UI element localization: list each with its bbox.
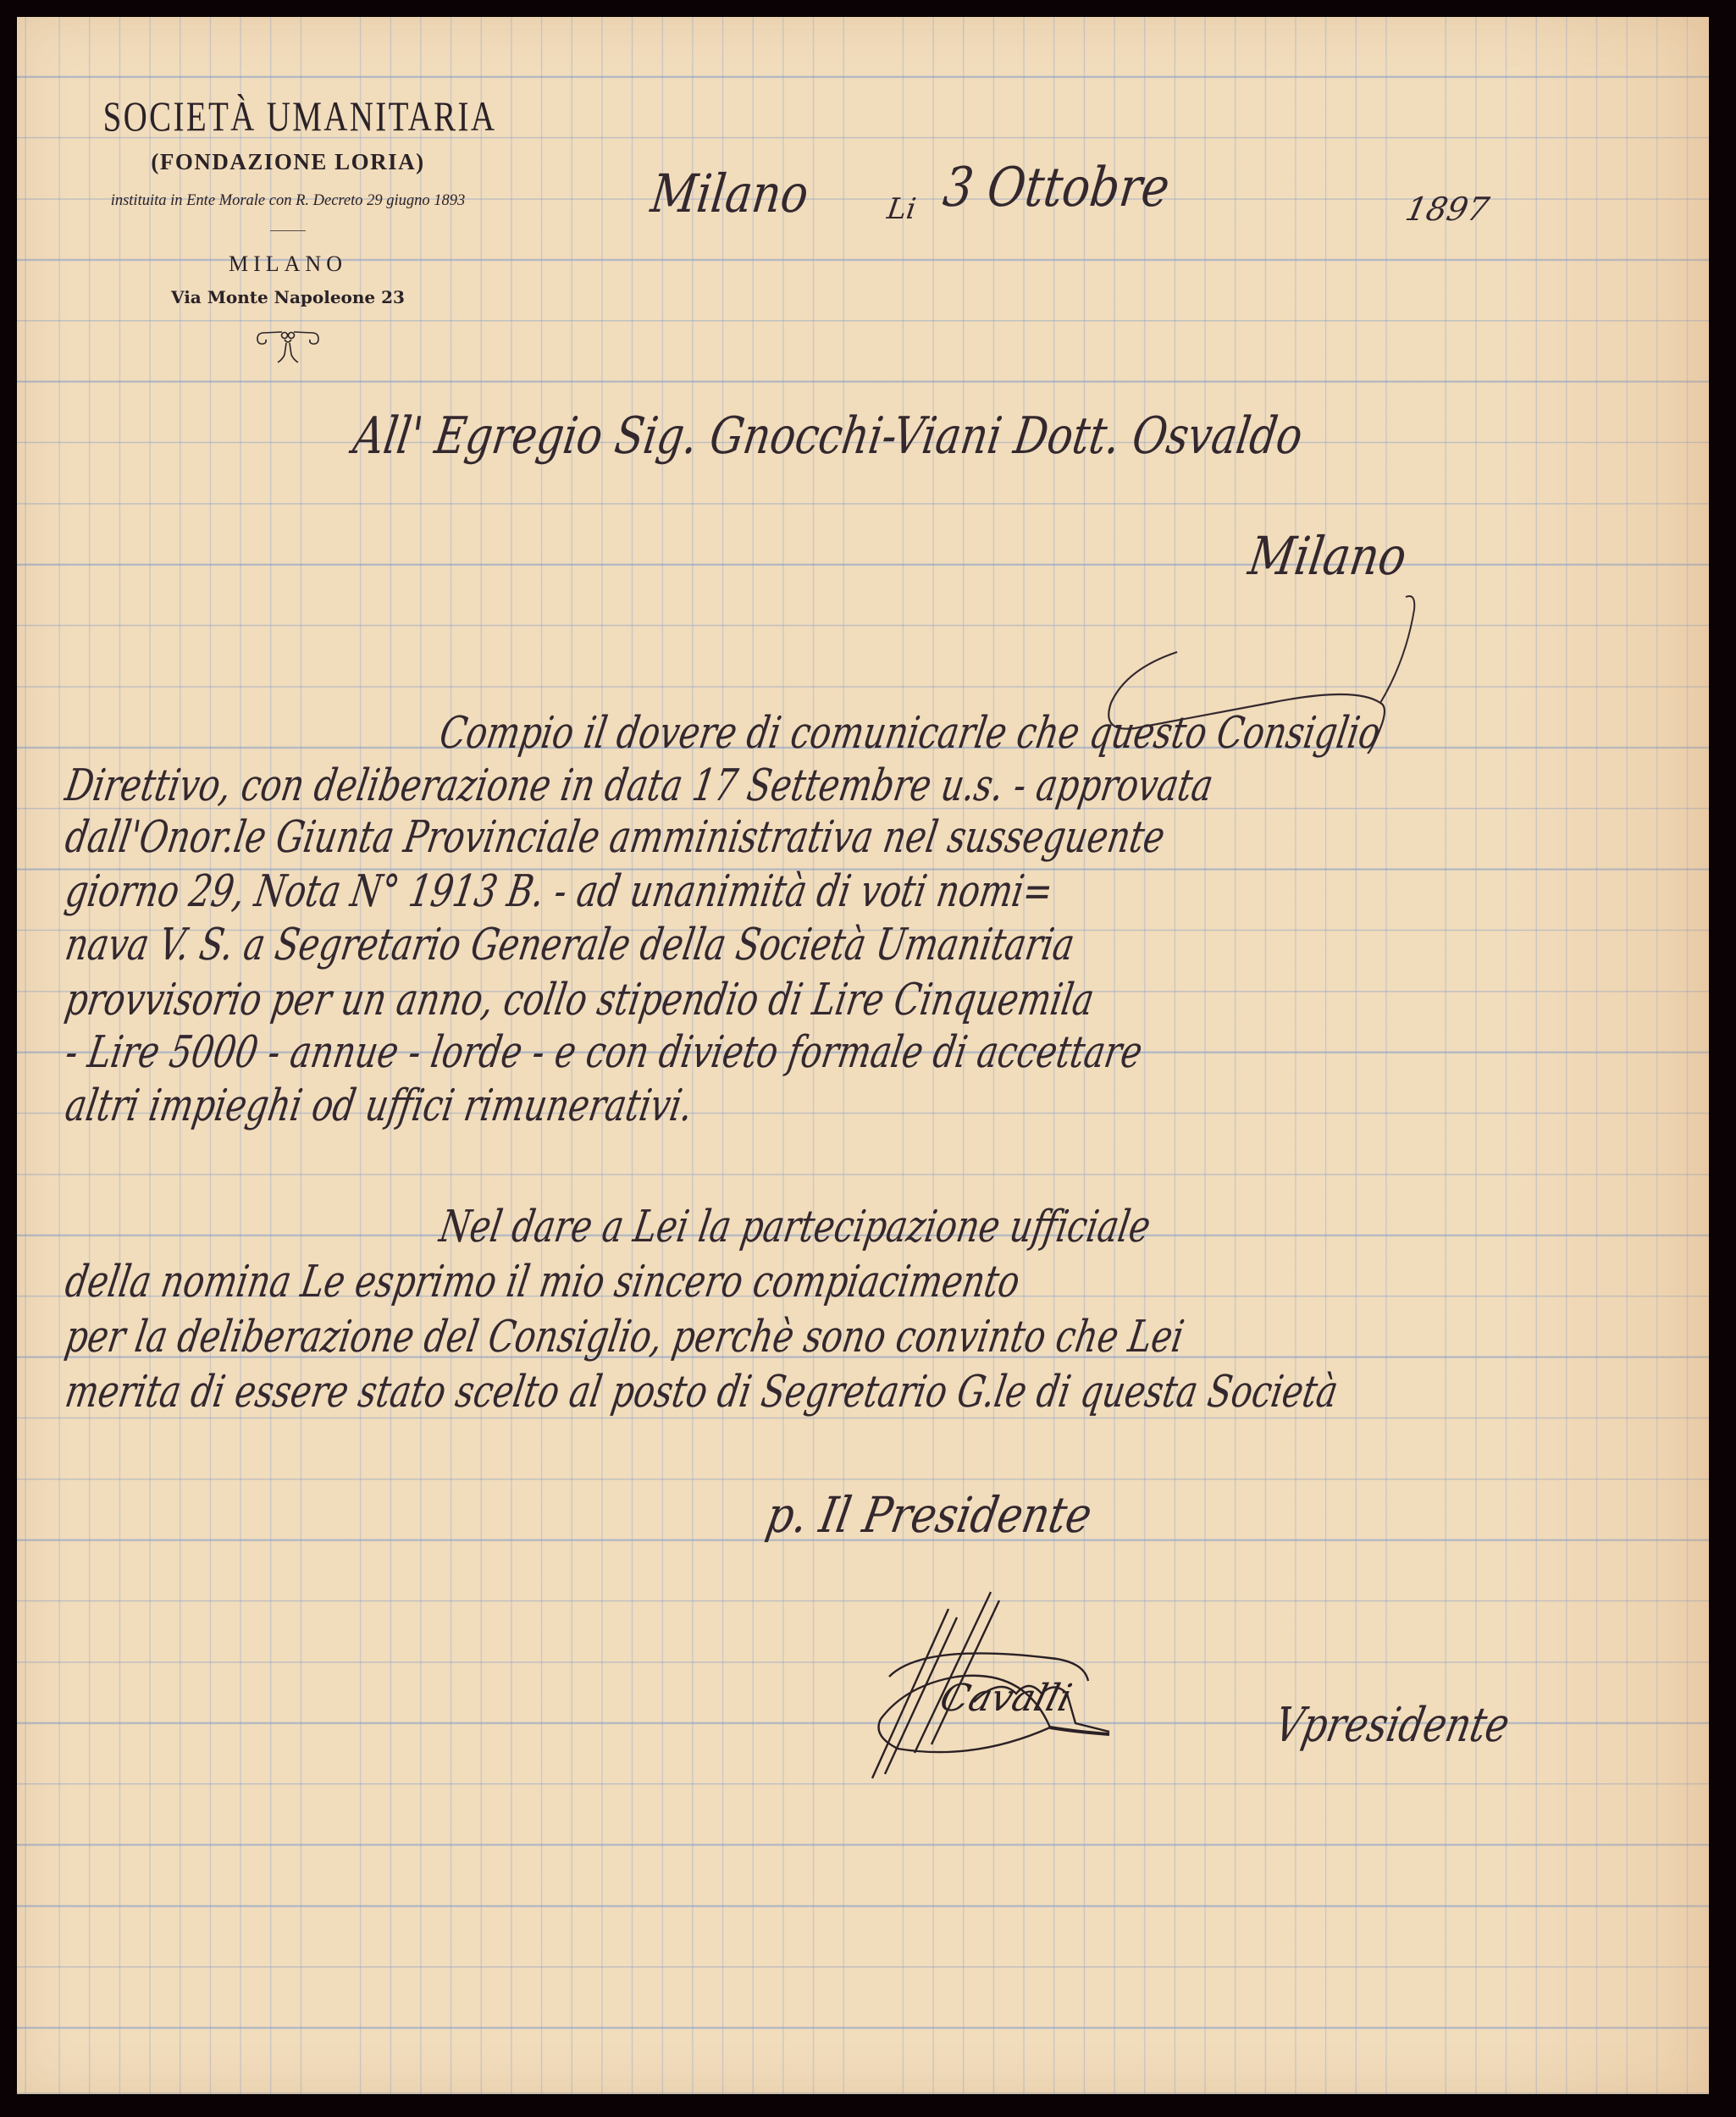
signature-flourish-icon: Cavalli xyxy=(855,1584,1211,1795)
scroll-ornament-icon xyxy=(51,324,525,371)
date-day-month: 3 Ottobre xyxy=(940,157,1173,219)
letter-paper: SOCIETÀ UMANITARIA (FONDAZIONE LORIA) in… xyxy=(17,17,1709,2094)
foundation-name: (FONDAZIONE LORIA) xyxy=(51,149,525,175)
decree-line: instituita in Ente Morale con R. Decreto… xyxy=(51,192,525,210)
body-line: nava V. S. a Segretario Generale della S… xyxy=(62,919,1078,971)
letterhead-address: Via Monte Napoleone 23 xyxy=(51,287,525,307)
body-line: Direttivo, con deliberazione in data 17 … xyxy=(62,760,1217,812)
body-line: altri impieghi od uffici rimunerativi. xyxy=(62,1080,697,1132)
body-line: - Lire 5000 - annue - lorde - e con divi… xyxy=(62,1026,1146,1079)
body-line: per la deliberazione del Consiglio, perc… xyxy=(62,1311,1187,1363)
addressee-line: All' Egregio Sig. Gnocchi-Viani Dott. Os… xyxy=(350,406,1306,466)
date-place: Milano xyxy=(648,163,811,224)
letterhead-city: MILANO xyxy=(51,251,525,277)
body-line: della nomina Le esprimo il mio sincero c… xyxy=(62,1256,1024,1308)
body-line: dall'Onor.le Giunta Provinciale amminist… xyxy=(62,811,1169,864)
body-line: Compio il dovere di comunicarle che ques… xyxy=(436,707,1385,760)
date-year: 1897 xyxy=(1402,191,1492,228)
letterhead: SOCIETÀ UMANITARIA (FONDAZIONE LORIA) in… xyxy=(51,59,525,371)
organization-name: SOCIETÀ UMANITARIA xyxy=(103,95,473,137)
body-line: Nel dare a Lei la partecipazione ufficia… xyxy=(436,1201,1154,1253)
date-prefix: Li xyxy=(885,192,918,226)
closing-title: p. Il Presidente xyxy=(762,1486,1097,1544)
signature: Cavalli xyxy=(855,1584,1211,1799)
letterhead-divider xyxy=(270,230,306,231)
signature-role: Vpresidente xyxy=(1270,1698,1514,1753)
signature-name: Cavalli xyxy=(936,1677,1076,1720)
body-line: merita di essere stato scelto al posto d… xyxy=(62,1366,1341,1418)
body-line: provvisorio per un anno, collo stipendio… xyxy=(62,974,1097,1026)
body-line: giorno 29, Nota N° 1913 B. - ad unanimit… xyxy=(62,865,1057,918)
